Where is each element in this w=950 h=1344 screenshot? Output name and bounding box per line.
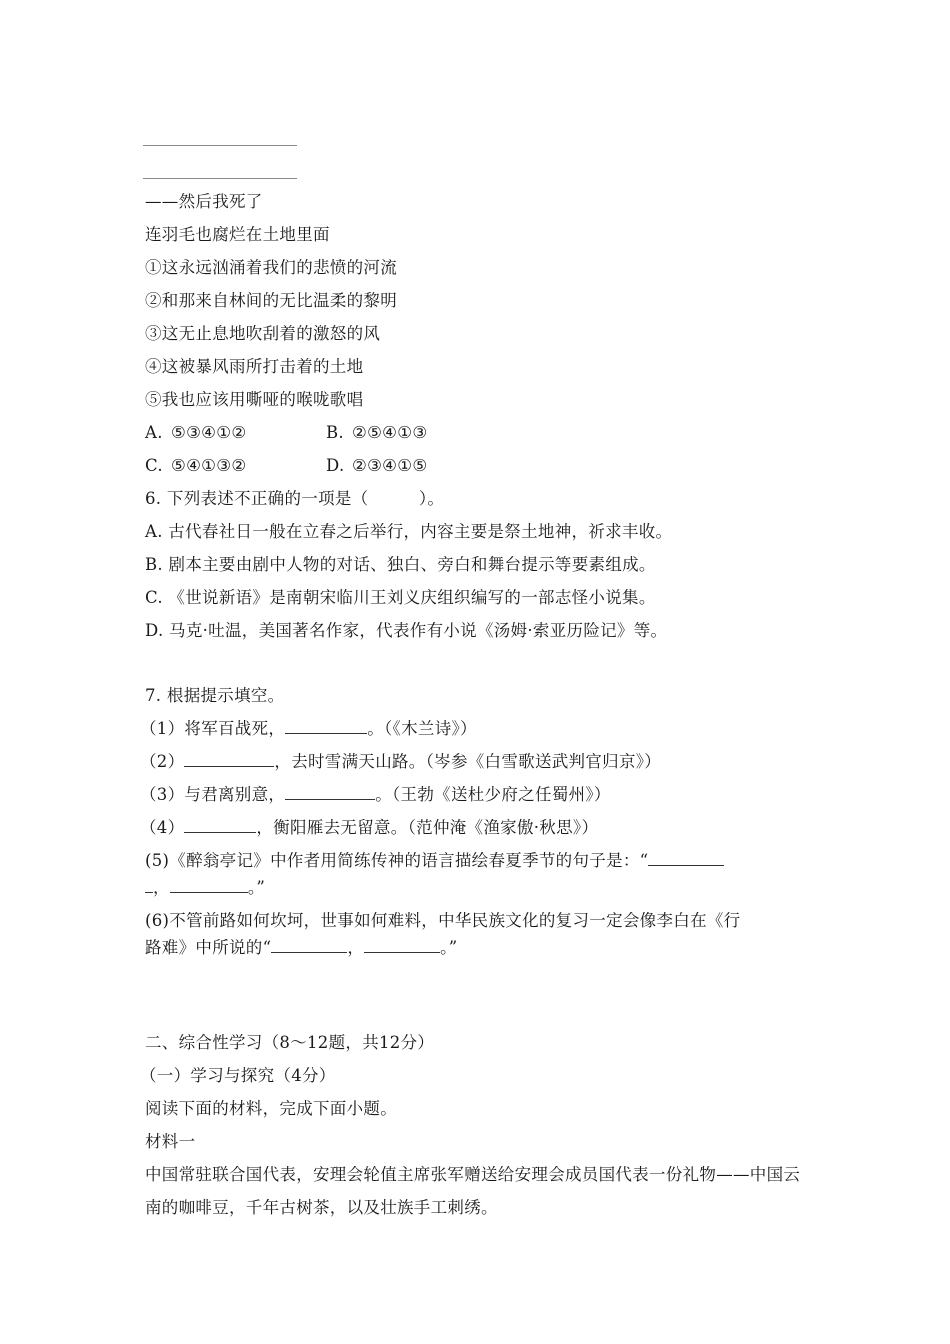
section-2-subtitle: （一）学习与探究（4分） bbox=[140, 1065, 336, 1087]
question-7-item-5-line-1: (5)《醉翁亭记》中作者用简练传神的语言描绘春夏季节的句子是：“ bbox=[145, 850, 724, 872]
option-d-label: D. bbox=[326, 456, 345, 475]
section-2-title: 二、综合性学习（8～12题，共12分） bbox=[145, 1032, 434, 1054]
option-a: A. ⑤③④①② bbox=[145, 422, 163, 444]
fill-blank-5a-cont[interactable] bbox=[145, 877, 153, 893]
poem-numbered-line-2: ②和那来自林间的无比温柔的黎明 bbox=[145, 290, 397, 312]
item-5-comma: ， bbox=[153, 878, 170, 897]
fill-blank-2[interactable] bbox=[184, 751, 274, 767]
question-7-item-6-line-2: 路难》中所说的“，。” bbox=[145, 937, 457, 959]
material-label: 材料一 bbox=[145, 1131, 195, 1153]
item-3-prefix: （3）与君离别意， bbox=[140, 785, 285, 804]
option-b: B. ②⑤④①③ bbox=[326, 422, 344, 444]
question-6-option-b: B. 剧本主要由剧中人物的对话、独白、旁白和舞台提示等要素组成。 bbox=[145, 554, 656, 576]
option-b-label: B. bbox=[326, 423, 344, 442]
option-c-value: ⑤④①③② bbox=[171, 455, 246, 477]
question-7-item-4: （4），衡阳雁去无留意。（范仲淹《渔家傲·秋思》） bbox=[140, 817, 598, 839]
item-1-prefix: （1）将军百战死， bbox=[140, 719, 285, 738]
poem-numbered-line-3: ③这无止息地吹刮着的激怒的风 bbox=[145, 323, 380, 345]
question-6-option-a: A. 古代春社日一般在立春之后举行，内容主要是祭土地神，祈求丰收。 bbox=[145, 521, 672, 543]
option-d-value: ②③④①⑤ bbox=[352, 455, 427, 477]
item-4-suffix: ，衡阳雁去无留意。（范仲淹《渔家傲·秋思》） bbox=[256, 818, 598, 837]
question-6-option-d: D. 马克·吐温，美国著名作家，代表作有小说《汤姆·索亚历险记》等。 bbox=[145, 620, 667, 642]
document-page: ——然后我死了 连羽毛也腐烂在土地里面 ①这永远汹涌着我们的悲愤的河流 ②和那来… bbox=[0, 0, 950, 1344]
option-a-value: ⑤③④①② bbox=[171, 422, 246, 444]
fill-blank-5a[interactable] bbox=[648, 850, 724, 866]
item-4-prefix: （4） bbox=[140, 818, 184, 837]
item-2-suffix: ，去时雪满天山路。（岑参《白雪歌送武判官归京》） bbox=[274, 752, 661, 771]
section-2-instruction: 阅读下面的材料，完成下面小题。 bbox=[145, 1098, 397, 1120]
item-6-comma: ， bbox=[347, 938, 364, 957]
poem-numbered-line-1: ①这永远汹涌着我们的悲愤的河流 bbox=[145, 257, 397, 279]
option-d: D. ②③④①⑤ bbox=[326, 455, 345, 477]
answer-blank-line-2 bbox=[143, 178, 297, 179]
item-6-end: 。” bbox=[440, 938, 457, 957]
fill-blank-6b[interactable] bbox=[364, 937, 440, 953]
fill-blank-1[interactable] bbox=[285, 718, 367, 734]
fill-blank-4[interactable] bbox=[184, 817, 256, 833]
poem-line: ——然后我死了 bbox=[145, 191, 263, 213]
option-b-value: ②⑤④①③ bbox=[352, 422, 427, 444]
item-6-text: 路难》中所说的“ bbox=[145, 938, 271, 957]
option-c-label: C. bbox=[145, 456, 163, 475]
fill-blank-6a[interactable] bbox=[271, 937, 347, 953]
item-5-text: (5)《醉翁亭记》中作者用简练传神的语言描绘春夏季节的句子是：“ bbox=[145, 851, 648, 870]
item-2-prefix: （2） bbox=[140, 752, 184, 771]
answer-blank-line-1 bbox=[143, 145, 297, 146]
option-a-label: A. bbox=[145, 423, 163, 442]
poem-line: 连羽毛也腐烂在土地里面 bbox=[145, 224, 330, 246]
option-c: C. ⑤④①③② bbox=[145, 455, 163, 477]
question-7-item-2: （2），去时雪满天山路。（岑参《白雪歌送武判官归京》） bbox=[140, 751, 661, 773]
fill-blank-3[interactable] bbox=[285, 784, 375, 800]
question-7-item-6-line-1: (6)不管前路如何坎坷，世事如何难料，中华民族文化的复习一定会像李白在《行 bbox=[145, 910, 740, 932]
fill-blank-5b[interactable] bbox=[170, 877, 248, 893]
item-1-suffix: 。（《木兰诗》） bbox=[367, 719, 477, 738]
item-3-suffix: 。（王勃《送杜少府之任蜀州》） bbox=[375, 785, 611, 804]
question-7-item-3: （3）与君离别意，。（王勃《送杜少府之任蜀州》） bbox=[140, 784, 611, 806]
poem-numbered-line-4: ④这被暴风雨所打击着的土地 bbox=[145, 356, 363, 378]
question-7-stem: 7. 根据提示填空。 bbox=[145, 685, 285, 707]
poem-numbered-line-5: ⑤我也应该用嘶哑的喉咙歌唱 bbox=[145, 389, 363, 411]
material-text: 中国常驻联合国代表，安理会轮值主席张军赠送给安理会成员国代表一份礼物——中国云南… bbox=[145, 1158, 810, 1224]
question-6-stem: 6. 下列表述不正确的一项是（ ）。 bbox=[145, 488, 444, 510]
question-7-item-5-line-2: ，。” bbox=[145, 877, 265, 899]
item-5-end: 。” bbox=[248, 878, 265, 897]
question-6-option-c: C. 《世说新语》是南朝宋临川王刘义庆组织编写的一部志怪小说集。 bbox=[145, 587, 656, 609]
question-7-item-1: （1）将军百战死，。（《木兰诗》） bbox=[140, 718, 477, 740]
